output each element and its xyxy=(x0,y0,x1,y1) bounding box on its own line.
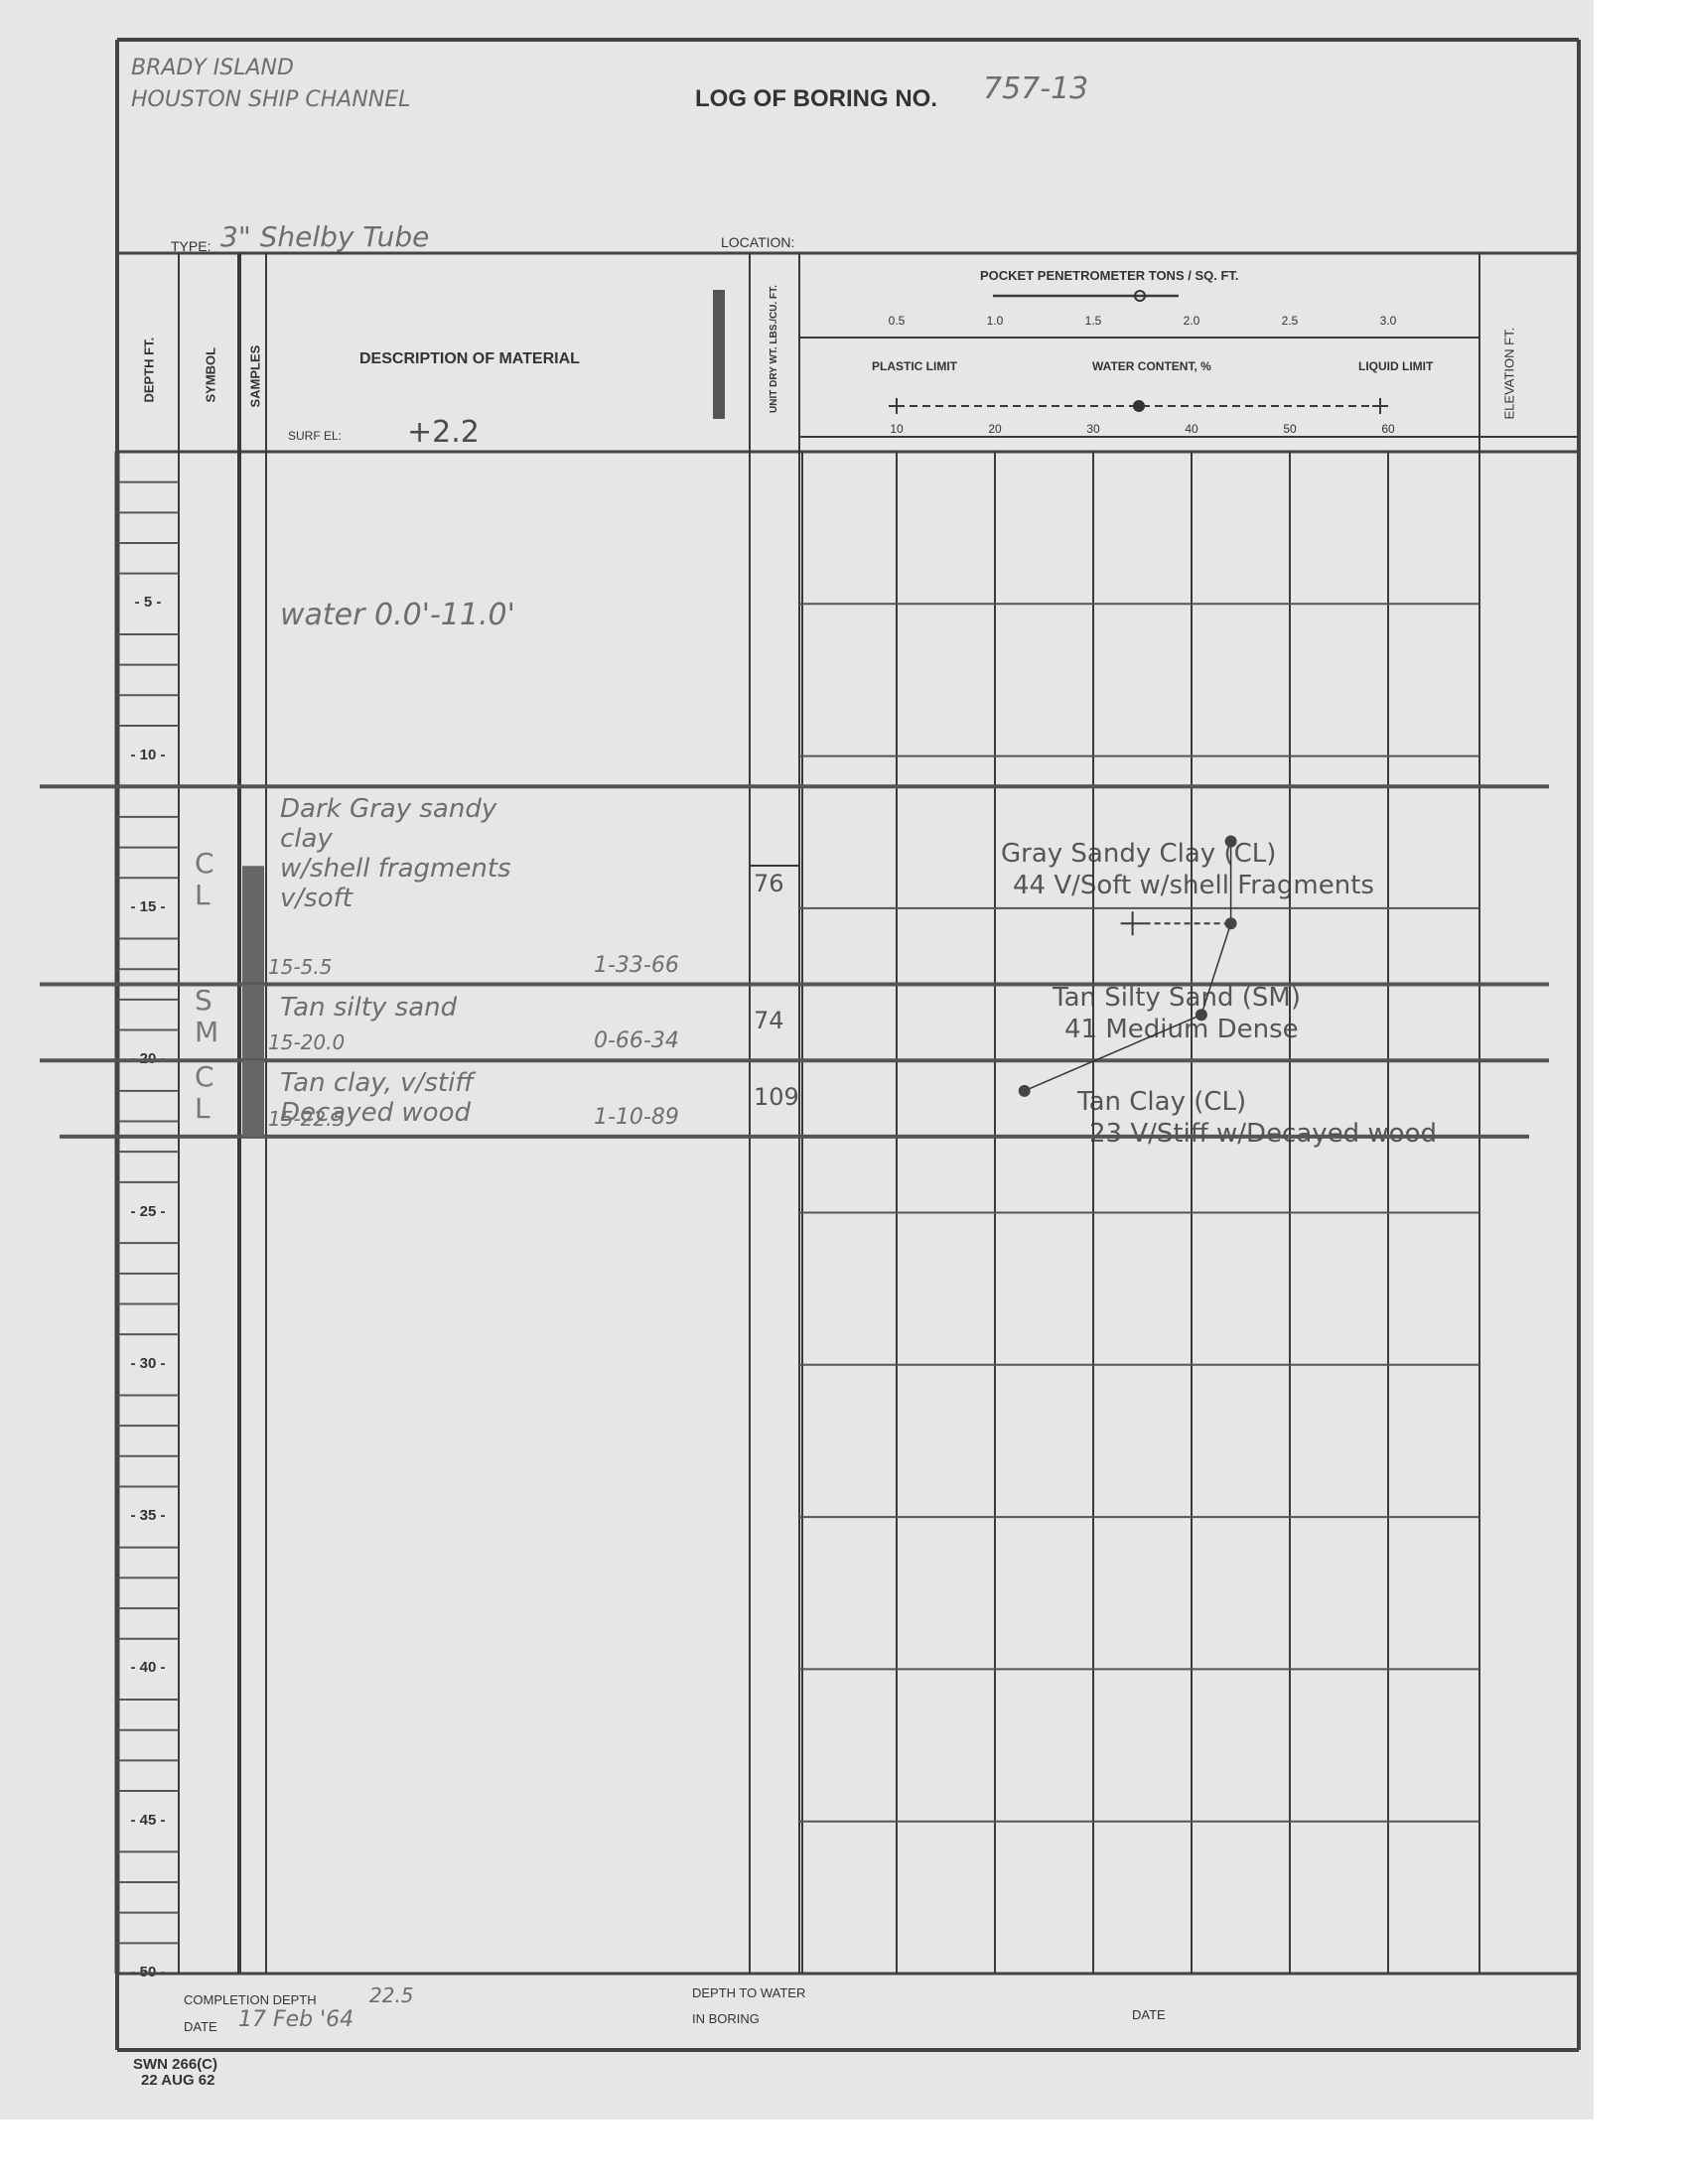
boring-log-sheet: BRADY ISLAND HOUSTON SHIP CHANNEL LOG OF… xyxy=(0,0,1594,2119)
form-grid xyxy=(0,0,1594,2119)
